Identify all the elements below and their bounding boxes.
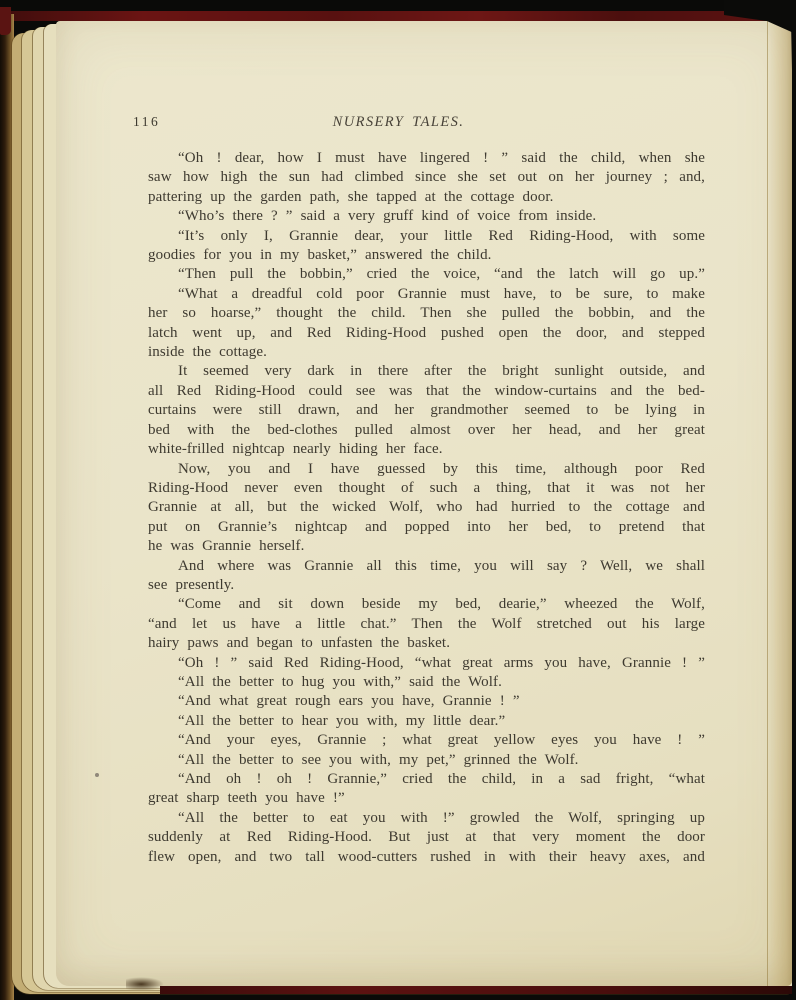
paragraph: “Oh ! dear, how I must have lingered ! ”… xyxy=(148,149,705,207)
text-line: “Who’s there ? ” said a very gruff kind … xyxy=(148,207,705,226)
book-page: 116 NURSERY TALES. “Oh ! dear, how I mus… xyxy=(56,21,792,986)
text-line: suddenly at Red Riding-Hood. But just at… xyxy=(148,828,705,847)
text-line: “What a dreadful cold poor Grannie must … xyxy=(148,285,705,304)
cover-corner-top-left xyxy=(0,7,11,35)
text-line: see presently. xyxy=(148,576,705,595)
text-line: Now, you and I have guessed by this time… xyxy=(148,460,705,479)
paragraph: “What a dreadful cold poor Grannie must … xyxy=(148,285,705,363)
text-line: “All the better to see you with, my pet,… xyxy=(148,751,705,770)
text-line: curtains were still drawn, and her grand… xyxy=(148,401,705,420)
cover-edge-top xyxy=(0,11,796,21)
paragraph: “Oh ! ” said Red Riding-Hood, “what grea… xyxy=(148,654,705,673)
text-line: “and let us have a little chat.” Then th… xyxy=(148,615,705,634)
text-line: “Oh ! ” said Red Riding-Hood, “what grea… xyxy=(148,654,705,673)
text-line: “And what great rough ears you have, Gra… xyxy=(148,692,705,711)
paragraph: “All the better to hug you with,” said t… xyxy=(148,673,705,692)
text-block: “Oh ! dear, how I must have lingered ! ”… xyxy=(148,149,705,867)
text-line: And where was Grannie all this time, you… xyxy=(148,557,705,576)
text-line: great sharp teeth you have !” xyxy=(148,789,705,808)
paragraph: “And what great rough ears you have, Gra… xyxy=(148,692,705,711)
text-line: “All the better to eat you with !” growl… xyxy=(148,809,705,828)
text-line: “Come and sit down beside my bed, dearie… xyxy=(148,595,705,614)
text-line: inside the cottage. xyxy=(148,343,705,362)
paragraph: “It’s only I, Grannie dear, your little … xyxy=(148,227,705,266)
text-line: “It’s only I, Grannie dear, your little … xyxy=(148,227,705,246)
text-line: saw how high the sun had climbed since s… xyxy=(148,168,705,187)
text-line: flew open, and two tall wood-cutters rus… xyxy=(148,848,705,867)
paragraph: “Who’s there ? ” said a very gruff kind … xyxy=(148,207,705,226)
text-line: “Oh ! dear, how I must have lingered ! ”… xyxy=(148,149,705,168)
paragraph: “Then pull the bobbin,” cried the voice,… xyxy=(148,265,705,284)
running-head: 116 NURSERY TALES. xyxy=(148,114,705,132)
paragraph: It seemed very dark in there after the b… xyxy=(148,362,705,459)
paragraph: Now, you and I have guessed by this time… xyxy=(148,460,705,557)
scan-speck xyxy=(95,773,99,777)
text-line: Riding-Hood never even thought of such a… xyxy=(148,479,705,498)
paragraph: “And oh ! oh ! Grannie,” cried the child… xyxy=(148,770,705,809)
paragraph: “All the better to eat you with !” growl… xyxy=(148,809,705,867)
paragraph: “All the better to hear you with, my lit… xyxy=(148,712,705,731)
text-line: white-frilled nightcap nearly hiding her… xyxy=(148,440,705,459)
paragraph: And where was Grannie all this time, you… xyxy=(148,557,705,596)
text-line: pattering up the garden path, she tapped… xyxy=(148,188,705,207)
text-line: “And oh ! oh ! Grannie,” cried the child… xyxy=(148,770,705,789)
text-line: he was Grannie herself. xyxy=(148,537,705,556)
text-line: bed with the bed-clothes pulled almost o… xyxy=(148,421,705,440)
text-line: “And your eyes, Grannie ; what great yel… xyxy=(148,731,705,750)
text-line: her so hoarse,” thought the child. Then … xyxy=(148,304,705,323)
paragraph: “All the better to see you with, my pet,… xyxy=(148,751,705,770)
text-line: “All the better to hug you with,” said t… xyxy=(148,673,705,692)
paragraph: “Come and sit down beside my bed, dearie… xyxy=(148,595,705,653)
text-line: all Red Riding-Hood could see was that t… xyxy=(148,382,705,401)
cover-edge-bottom xyxy=(160,986,792,994)
text-line: Grannie at all, but the wicked Wolf, who… xyxy=(148,498,705,517)
running-title: NURSERY TALES. xyxy=(120,114,677,131)
photo-dark-edge xyxy=(791,0,796,70)
page-right-edge xyxy=(767,21,792,986)
text-line: “All the better to hear you with, my lit… xyxy=(148,712,705,731)
text-line: “Then pull the bobbin,” cried the voice,… xyxy=(148,265,705,284)
paragraph: “And your eyes, Grannie ; what great yel… xyxy=(148,731,705,750)
scan-smudge xyxy=(126,977,164,990)
text-line: It seemed very dark in there after the b… xyxy=(148,362,705,381)
text-line: latch went up, and Red Riding-Hood pushe… xyxy=(148,324,705,343)
book-photo: 116 NURSERY TALES. “Oh ! dear, how I mus… xyxy=(0,0,796,1000)
text-line: goodies for you in my basket,” answered … xyxy=(148,246,705,265)
text-line: hairy paws and began to unfasten the bas… xyxy=(148,634,705,653)
text-line: put on Grannie’s nightcap and popped int… xyxy=(148,518,705,537)
